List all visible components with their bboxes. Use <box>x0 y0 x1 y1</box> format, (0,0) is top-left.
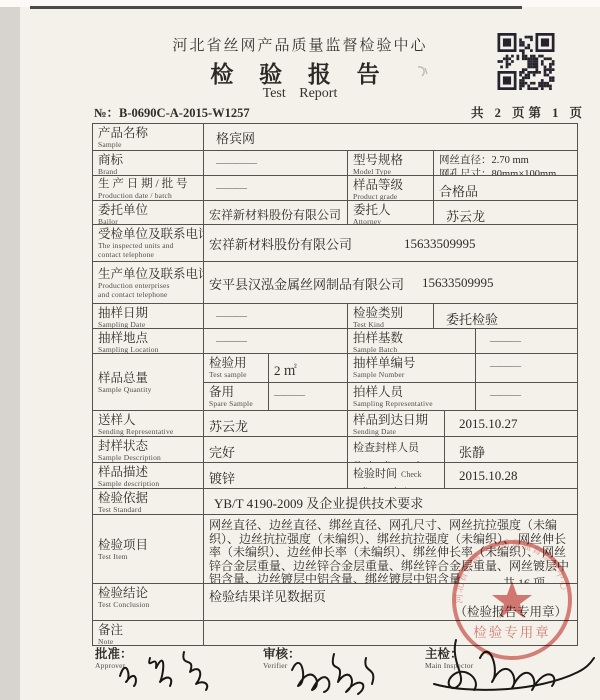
bailor-value: 宏祥新材料股份有限公司 <box>204 201 348 224</box>
test-standard-label-en: Test Standard <box>98 505 199 514</box>
attorney-label-zh: 委托人 <box>353 203 429 217</box>
sampling-date-label-zh: 抽样日期 <box>98 306 199 320</box>
report-number-line: №：B-0690C-A-2015-W1257 共 2 页第 1 页 <box>94 103 586 121</box>
scanned-test-report: 河北省丝网产品质量监督检验中心 检 验 报 告 Test Report №：B-… <box>0 0 600 700</box>
organization-name: 河北省丝网产品质量监督检验中心 <box>90 34 510 55</box>
check-time-label-zh: 检验时间 <box>353 468 397 480</box>
model-label-en: Model Type <box>353 167 429 175</box>
test-kind-label-en: Test Kind <box>353 320 429 328</box>
note-label-zh: 备注 <box>98 623 199 637</box>
brand-label-zh: 商标 <box>98 153 199 167</box>
sample-batch-value: ——— <box>476 329 577 353</box>
sample-number-label-en: Sample Number <box>353 370 471 379</box>
sample-quantity-label-zh: 样品总量 <box>98 371 199 385</box>
row-sealing-state: 封样状态 Sample Description 完好 检查封样人员 Check … <box>93 437 577 463</box>
brand-label-en: Brand <box>98 167 199 175</box>
row-sample-desc: 样品描述 Sample description 镀锌 检验时间 Check se… <box>93 463 577 489</box>
note-value <box>204 621 577 645</box>
production-unit-label-zh: 生产单位及联系电话 <box>98 267 199 281</box>
scan-edge-shadow <box>30 6 522 9</box>
inspected-unit-label-en2: contact telephone <box>98 250 199 259</box>
approver-label: 批准： Approver <box>95 647 133 670</box>
grade-label-zh: 样品等级 <box>353 178 429 192</box>
conclusion-seal-note: （检验报告专用章） <box>209 605 573 620</box>
sampling-date-label-en: Sampling Date <box>98 320 199 328</box>
row-bailor-attorney: 委托单位 Bailor 宏祥新材料股份有限公司 委托人 Attorney 苏云龙 <box>93 201 577 225</box>
sealing-state-label-en: Sample Description <box>98 453 199 462</box>
conclusion-label-en: Test Conclusion <box>98 600 199 609</box>
production-date-label-zh: 生 产 日 期 / 批 号 <box>98 178 199 191</box>
test-item-label-en: Test Item <box>98 552 199 561</box>
row-sampling-date-kind: 抽样日期 Sampling Date ——— 检验类别 Test Kind 委托… <box>93 304 577 329</box>
row-sending-rep: 送样人 Sending Representative 苏云龙 样品到达日期 Se… <box>93 411 577 437</box>
model-value-line2: 网孔尺寸：80mm×100mm <box>439 167 573 175</box>
check-personnel-value: 张静 <box>445 437 577 462</box>
page-count: 共 2 页第 1 页 <box>471 103 586 121</box>
pencil-mark <box>416 64 430 78</box>
sample-number-label-zh: 抽样单编号 <box>353 356 471 370</box>
sampling-rep-label-zh: 拍样人员 <box>353 385 471 399</box>
qr-code <box>496 33 556 90</box>
sampling-date-value: ——— <box>204 304 348 328</box>
row-production-date-grade: 生 产 日 期 / 批 号 Production date / batch ——… <box>93 176 577 201</box>
row-sample-quantity: 样品总量 Sample Quantity 检验用 Test sample 2 ㎡… <box>93 354 577 411</box>
arrival-date-value: 2015.10.27 <box>445 411 577 436</box>
report-table: 产品名称 Sample 格宾网 商标 Brand ———— 型号规格 Model… <box>92 123 578 646</box>
test-standard-label-zh: 检验依据 <box>98 491 199 505</box>
sealing-state-value: 完好 <box>204 437 348 462</box>
production-date-value: ——— <box>204 176 348 200</box>
test-sample-label-zh: 检验用 <box>209 356 264 370</box>
row-conclusion: 检验结论 Test Conclusion 检验结果详见数据页 （检验报告专用章）… <box>93 584 577 621</box>
verifier-label: 审核： Verifier <box>263 647 301 670</box>
row-brand-model: 商标 Brand ———— 型号规格 Model Type 网丝直径：2.70 … <box>93 151 577 176</box>
attorney-value: 苏云龙 <box>434 201 577 224</box>
sample-batch-label-zh: 拍样基数 <box>353 331 471 345</box>
sampling-rep-label-en: Sampling Representative <box>353 399 471 408</box>
check-personnel-label-en: Check sealing sample personnel <box>353 460 423 462</box>
grade-label-en: Product grade <box>353 192 429 200</box>
brand-value: ———— <box>204 151 348 175</box>
sampling-location-value: ——— <box>204 329 348 353</box>
inspected-unit-label-en1: The inspected units and <box>98 241 199 250</box>
sample-desc-value: 镀锌 <box>204 463 348 488</box>
test-item-label-zh: 检验项目 <box>98 538 199 552</box>
test-standard-value: YB/T 4190-2009 及企业提供技术要求 <box>204 489 577 514</box>
row-sampling-location-batch: 抽样地点 Sampling Location ——— 拍样基数 Sample B… <box>93 329 577 354</box>
inspected-unit-name: 宏祥新材料股份有限公司 <box>209 234 404 253</box>
sample-number-value: ——— <box>476 354 577 382</box>
production-unit-phone: 15633509995 <box>422 275 494 291</box>
row-test-item: 检验项目 Test Item 网丝直径、边丝直径、绑丝直径、网孔尺寸、网丝抗拉强… <box>93 515 577 584</box>
bailor-label-zh: 委托单位 <box>98 203 199 217</box>
sampling-location-label-en: Sampling Location <box>98 345 199 353</box>
spare-sample-value: ——— <box>269 383 348 411</box>
production-unit-label-en2: and contact telephone <box>98 290 199 299</box>
bailor-label-en: Bailor <box>98 217 199 224</box>
inspected-unit-phone: 15633509995 <box>404 236 476 252</box>
model-value-line1: 网丝直径：2.70 mm <box>439 153 573 167</box>
sending-rep-label-en: Sending Representative <box>98 427 199 436</box>
row-note: 备注 Note <box>93 621 577 645</box>
check-personnel-label-zh: 检查封样人员 <box>353 442 419 454</box>
sample-batch-label-en: Sample Batch <box>353 345 471 353</box>
sampling-location-label-zh: 抽样地点 <box>98 331 199 345</box>
production-unit-name: 安平县汉泓金属丝网制品有限公司 <box>209 274 404 293</box>
arrival-date-label-en: Sending Date <box>353 427 440 436</box>
report-number: №：B-0690C-A-2015-W1257 <box>94 103 250 121</box>
grade-value: 合格品 <box>434 176 577 200</box>
sample-desc-label-en: Sample description <box>98 479 199 488</box>
test-sample-label-en: Test sample <box>209 370 264 379</box>
test-sample-value: 2 ㎡ <box>269 354 348 382</box>
test-kind-label-zh: 检验类别 <box>353 306 429 320</box>
note-label-en: Note <box>98 637 199 645</box>
conclusion-value: 检验结果详见数据页 <box>209 586 573 605</box>
sample-value: 格宾网 <box>204 124 577 150</box>
row-sample: 产品名称 Sample 格宾网 <box>93 124 577 151</box>
check-time-value: 2015.10.28 <box>445 463 577 488</box>
inspected-unit-label-zh: 受检单位及联系电话 <box>98 227 199 241</box>
inspector-label: 主检： Main Inspector <box>425 647 473 670</box>
sample-label-en: Sample <box>98 140 199 149</box>
conclusion-label-zh: 检验结论 <box>98 586 199 600</box>
sample-label-zh: 产品名称 <box>98 126 199 140</box>
report-subtitle: Test Report <box>90 86 510 102</box>
sample-desc-label-zh: 样品描述 <box>98 465 199 479</box>
attorney-label-en: Attorney <box>353 217 429 224</box>
row-inspected-unit: 受检单位及联系电话 The inspected units and contac… <box>93 225 577 262</box>
row-production-unit: 生产单位及联系电话 Production enterprises and con… <box>93 262 577 304</box>
spare-sample-label-zh: 备用 <box>209 385 264 399</box>
sending-rep-label-zh: 送样人 <box>98 413 199 427</box>
sealing-state-label-zh: 封样状态 <box>98 439 199 453</box>
scan-edge-left <box>0 0 20 700</box>
spare-sample-label-en: Spare Sample <box>209 399 264 408</box>
arrival-date-label-zh: 样品到达日期 <box>353 413 440 427</box>
model-label-zh: 型号规格 <box>353 153 429 167</box>
sample-quantity-label-en: Sample Quantity <box>98 385 199 394</box>
sampling-rep-value: ——— <box>476 383 577 411</box>
row-test-standard: 检验依据 Test Standard YB/T 4190-2009 及企业提供技… <box>93 489 577 515</box>
test-kind-value: 委托检验 <box>434 304 577 328</box>
report-title: 检 验 报 告 <box>90 56 510 89</box>
production-unit-label-en1: Production enterprises <box>98 281 199 290</box>
sending-rep-value: 苏云龙 <box>204 411 348 436</box>
production-date-label-en: Production date / batch <box>98 191 199 200</box>
